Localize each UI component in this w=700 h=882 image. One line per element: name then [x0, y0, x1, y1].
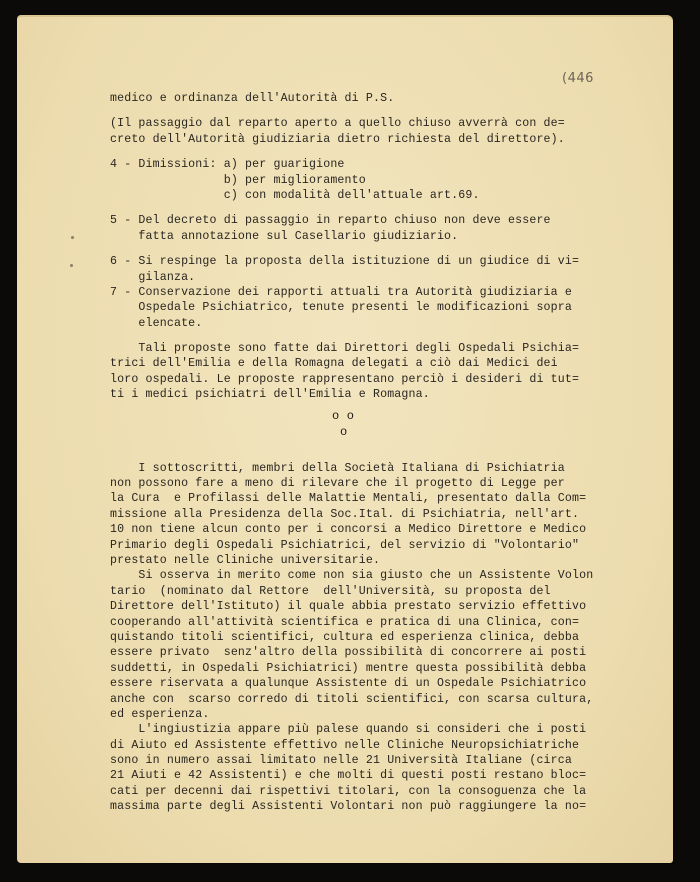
text-line: anche con scarso corredo di titoli scien…	[110, 692, 630, 707]
text-line: massima parte degli Assistenti Volontari…	[110, 799, 630, 814]
text-line: sono in numero assai limitato nelle 21 U…	[110, 753, 630, 768]
folio-number: (446	[562, 71, 594, 86]
text-line: non possono fare a meno di rilevare che …	[110, 476, 630, 491]
separator-bottom: o	[340, 425, 630, 440]
section-separator: o o o	[110, 403, 630, 447]
text-line: cati per decenni dai rispettivi titolari…	[110, 784, 630, 799]
text-line: Primario degli Ospedali Psichiatrici, de…	[110, 538, 630, 553]
text-line: (Il passaggio dal reparto aperto a quell…	[110, 116, 630, 131]
separator-top: o o	[332, 409, 630, 424]
text-line: medico e ordinanza dell'Autorità di P.S.	[110, 91, 630, 106]
margin-mark	[71, 236, 74, 239]
text-line: ti i medici psichiatri dell'Emilia e Rom…	[110, 387, 630, 402]
text-line: Ospedale Psichiatrico, tenute presenti l…	[110, 300, 630, 315]
list-item-5: 5 - Del decreto di passaggio in reparto …	[110, 213, 630, 228]
list-item-4b: b) per miglioramento	[110, 173, 630, 188]
paragraph-start: Si osserva in merito come non sia giusto…	[110, 568, 630, 583]
text-line: di Aiuto ed Assistente effettivo nelle C…	[110, 738, 630, 753]
text-line: tario (nominato dal Rettore dell'Univers…	[110, 584, 630, 599]
text-line: gilanza.	[110, 270, 630, 285]
text-line: loro ospedali. Le proposte rappresentano…	[110, 372, 630, 387]
text-line: creto dell'Autorità giudiziaria dietro r…	[110, 132, 630, 147]
paragraph-start: L'ingiustizia appare più palese quando s…	[110, 722, 630, 737]
text-line: 10 non tiene alcun conto per i concorsi …	[110, 522, 630, 537]
list-item-7: 7 - Conservazione dei rapporti attuali t…	[110, 285, 630, 300]
paragraph-start: I sottoscritti, membri della Società Ita…	[110, 461, 630, 476]
text-line: Direttore dell'Istituto) il quale abbia …	[110, 599, 630, 614]
text-line: cooperando all'attività scientifica e pr…	[110, 615, 630, 630]
text-line: essere privato senz'altro della possibil…	[110, 645, 630, 660]
text-line: elencate.	[110, 316, 630, 331]
text-line: prestato nelle Cliniche universitarie.	[110, 553, 630, 568]
list-item-6: 6 - Si respinge la proposta della istitu…	[110, 254, 630, 269]
text-line: trici dell'Emilia e della Romagna delega…	[110, 356, 630, 371]
document-body: medico e ordinanza dell'Autorità di P.S.…	[110, 91, 630, 815]
text-line: la Cura e Profilassi delle Malattie Ment…	[110, 491, 630, 506]
text-line: missione alla Presidenza della Soc.Ital.…	[110, 507, 630, 522]
text-line: fatta annotazione sul Casellario giudizi…	[110, 229, 630, 244]
text-line: essere riservata a qualunque Assistente …	[110, 676, 630, 691]
list-item-4: 4 - Dimissioni: a) per guarigione	[110, 157, 630, 172]
list-item-4c: c) con modalità dell'attuale art.69.	[110, 188, 630, 203]
margin-mark	[70, 264, 73, 267]
text-line: quistando titoli scientifici, cultura ed…	[110, 630, 630, 645]
paragraph-start: Tali proposte sono fatte dai Direttori d…	[110, 341, 630, 356]
text-line: suddetti, in Ospedali Psichiatrici) ment…	[110, 661, 630, 676]
text-line: 21 Aiuti e 42 Assistenti) e che molti di…	[110, 768, 630, 783]
text-line: ed esperienza.	[110, 707, 630, 722]
